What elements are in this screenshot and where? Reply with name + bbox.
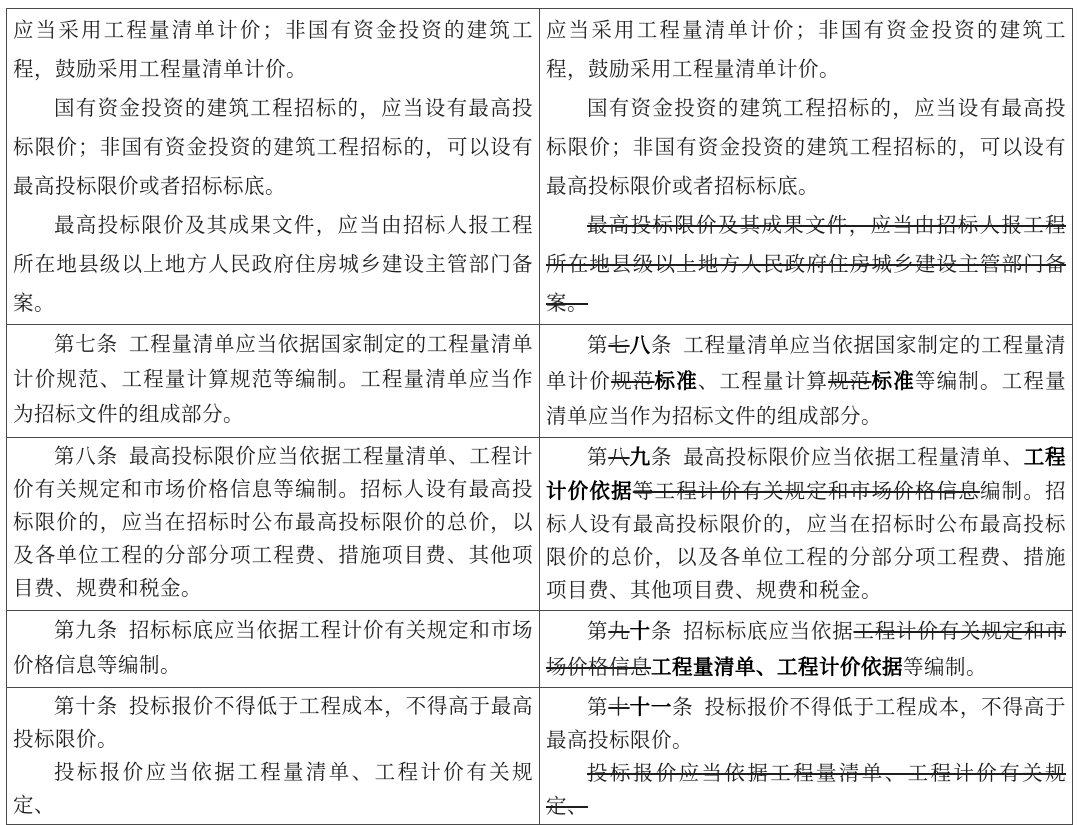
inserted-text: 十一 [630,696,673,719]
table-cell-right: 第十十一条 投标报价不得低于工程成本，不得高于最高投标限价。投标报价应当依据工程… [540,688,1073,735]
inserted-text: 八 [630,334,651,357]
deleted-text: 九 [608,621,629,643]
comparison-table: 应当采用工程量清单计价；非国有资金投资的建筑工程，鼓励采用工程量清单计价。国有资… [6,8,1073,734]
paragraph: 最高投标限价及其成果文件，应当由招标人报工程所在地县级以上地方人民政府住房城乡建… [546,207,1066,324]
text-run: 国有资金投资的建筑工程招标的，应当设有最高投标限价；非国有资金投资的建筑工程招标… [546,98,1066,198]
text-run: 第 [587,447,608,469]
paragraph: 第十条 投标报价不得低于工程成本，不得高于最高投标限价。 [13,691,533,734]
table-cell-left: 第七条 工程量清单应当依据国家制定的工程量清单计价规范、工程量计算规范等编制。工… [7,325,540,438]
paragraph: 第八条 最高投标限价应当依据工程量清单、工程计价有关规定和市场价格信息等编制。招… [13,441,533,606]
text-run: 等编制。 [903,657,987,679]
paragraph: 第九十条 招标标底应当依据工程计价有关规定和市场价格信息工程量清单、工程计价依据… [546,614,1066,686]
text-run: 第 [587,335,608,357]
text-run: 应当采用工程量清单计价；非国有资金投资的建筑工程，鼓励采用工程量清单计价。 [546,20,1066,81]
deleted-text: 规范 [611,371,654,393]
document-page: 应当采用工程量清单计价；非国有资金投资的建筑工程，鼓励采用工程量清单计价。国有资… [6,8,1073,734]
text-run: 条 最高投标限价应当依据工程量清单、 [651,447,1024,469]
deleted-text: 等工程计价有关规定和市场价格信息 [633,481,980,503]
text-run: 第七条 工程量清单应当依据国家制定的工程量清单计价规范、工程量计算规范等编制。工… [13,334,533,426]
text-run: 、工程量计算 [698,371,828,393]
paragraph: 第十十一条 投标报价不得低于工程成本，不得高于最高投标限价。 [546,691,1066,734]
paragraph: 第七八条 工程量清单应当依据国家制定的工程量清单计价规范标准、工程量计算规范标准… [546,328,1066,435]
text-run: 应当采用工程量清单计价；非国有资金投资的建筑工程，鼓励采用工程量清单计价。 [13,20,533,81]
text-run: 最高投标限价及其成果文件，应当由招标人报工程所在地县级以上地方人民政府住房城乡建… [13,215,533,315]
table-row: 第七条 工程量清单应当依据国家制定的工程量清单计价规范、工程量计算规范等编制。工… [7,325,1073,438]
inserted-text: 标准 [872,370,915,393]
inserted-text: 工程量清单、工程计价依据 [651,656,903,679]
deleted-text: 八 [608,447,629,469]
table-cell-right: 第九十条 招标标底应当依据工程计价有关规定和市场价格信息工程量清单、工程计价依据… [540,611,1073,688]
deleted-text: 七 [608,335,629,357]
deleted-text: 规范 [828,371,871,393]
table-cell-left: 第八条 最高投标限价应当依据工程量清单、工程计价有关规定和市场价格信息等编制。招… [7,438,540,611]
text-run: 第 [587,697,608,719]
paragraph: 国有资金投资的建筑工程招标的，应当设有最高投标限价；非国有资金投资的建筑工程招标… [13,90,533,207]
text-run: 第八条 最高投标限价应当依据工程量清单、工程计价有关规定和市场价格信息等编制。招… [13,446,533,600]
table-row: 第九条 招标标底应当依据工程计价有关规定和市场价格信息等编制。第九十条 招标标底… [7,611,1073,688]
table-row: 第十条 投标报价不得低于工程成本，不得高于最高投标限价。投标报价应当依据工程量清… [7,688,1073,735]
paragraph: 国有资金投资的建筑工程招标的，应当设有最高投标限价；非国有资金投资的建筑工程招标… [546,90,1066,207]
deleted-text: 十 [608,697,629,719]
table-cell-right: 应当采用工程量清单计价；非国有资金投资的建筑工程，鼓励采用工程量清单计价。国有资… [540,9,1073,325]
text-run: 国有资金投资的建筑工程招标的，应当设有最高投标限价；非国有资金投资的建筑工程招标… [13,98,533,198]
table-cell-left: 应当采用工程量清单计价；非国有资金投资的建筑工程，鼓励采用工程量清单计价。国有资… [7,9,540,325]
inserted-text: 十 [630,620,651,643]
table-cell-left: 第十条 投标报价不得低于工程成本，不得高于最高投标限价。投标报价应当依据工程量清… [7,688,540,735]
inserted-text: 标准 [655,370,698,393]
text-run: 第 [587,621,608,643]
inserted-text: 九 [630,446,651,469]
text-run: 条 招标标底应当依据 [651,621,854,643]
table-cell-right: 第八九条 最高投标限价应当依据工程量清单、工程计价依据等工程计价有关规定和市场价… [540,438,1073,611]
comparison-table-body: 应当采用工程量清单计价；非国有资金投资的建筑工程，鼓励采用工程量清单计价。国有资… [7,9,1073,735]
paragraph: 第九条 招标标底应当依据工程计价有关规定和市场价格信息等编制。 [13,614,533,684]
paragraph: 最高投标限价及其成果文件，应当由招标人报工程所在地县级以上地方人民政府住房城乡建… [13,207,533,324]
table-row: 第八条 最高投标限价应当依据工程量清单、工程计价有关规定和市场价格信息等编制。招… [7,438,1073,611]
paragraph: 第七条 工程量清单应当依据国家制定的工程量清单计价规范、工程量计算规范等编制。工… [13,328,533,433]
table-row: 应当采用工程量清单计价；非国有资金投资的建筑工程，鼓励采用工程量清单计价。国有资… [7,9,1073,325]
paragraph: 第八九条 最高投标限价应当依据工程量清单、工程计价依据等工程计价有关规定和市场价… [546,441,1066,608]
text-run: 第九条 招标标底应当依据工程计价有关规定和市场价格信息等编制。 [13,620,533,677]
table-cell-left: 第九条 招标标底应当依据工程计价有关规定和市场价格信息等编制。 [7,611,540,688]
paragraph: 应当采用工程量清单计价；非国有资金投资的建筑工程，鼓励采用工程量清单计价。 [546,12,1066,90]
deleted-text: 最高投标限价及其成果文件，应当由招标人报工程所在地县级以上地方人民政府住房城乡建… [546,215,1066,315]
paragraph: 应当采用工程量清单计价；非国有资金投资的建筑工程，鼓励采用工程量清单计价。 [13,12,533,90]
table-cell-right: 第七八条 工程量清单应当依据国家制定的工程量清单计价规范标准、工程量计算规范标准… [540,325,1073,438]
text-run: 第十条 投标报价不得低于工程成本，不得高于最高投标限价。 [13,696,533,734]
